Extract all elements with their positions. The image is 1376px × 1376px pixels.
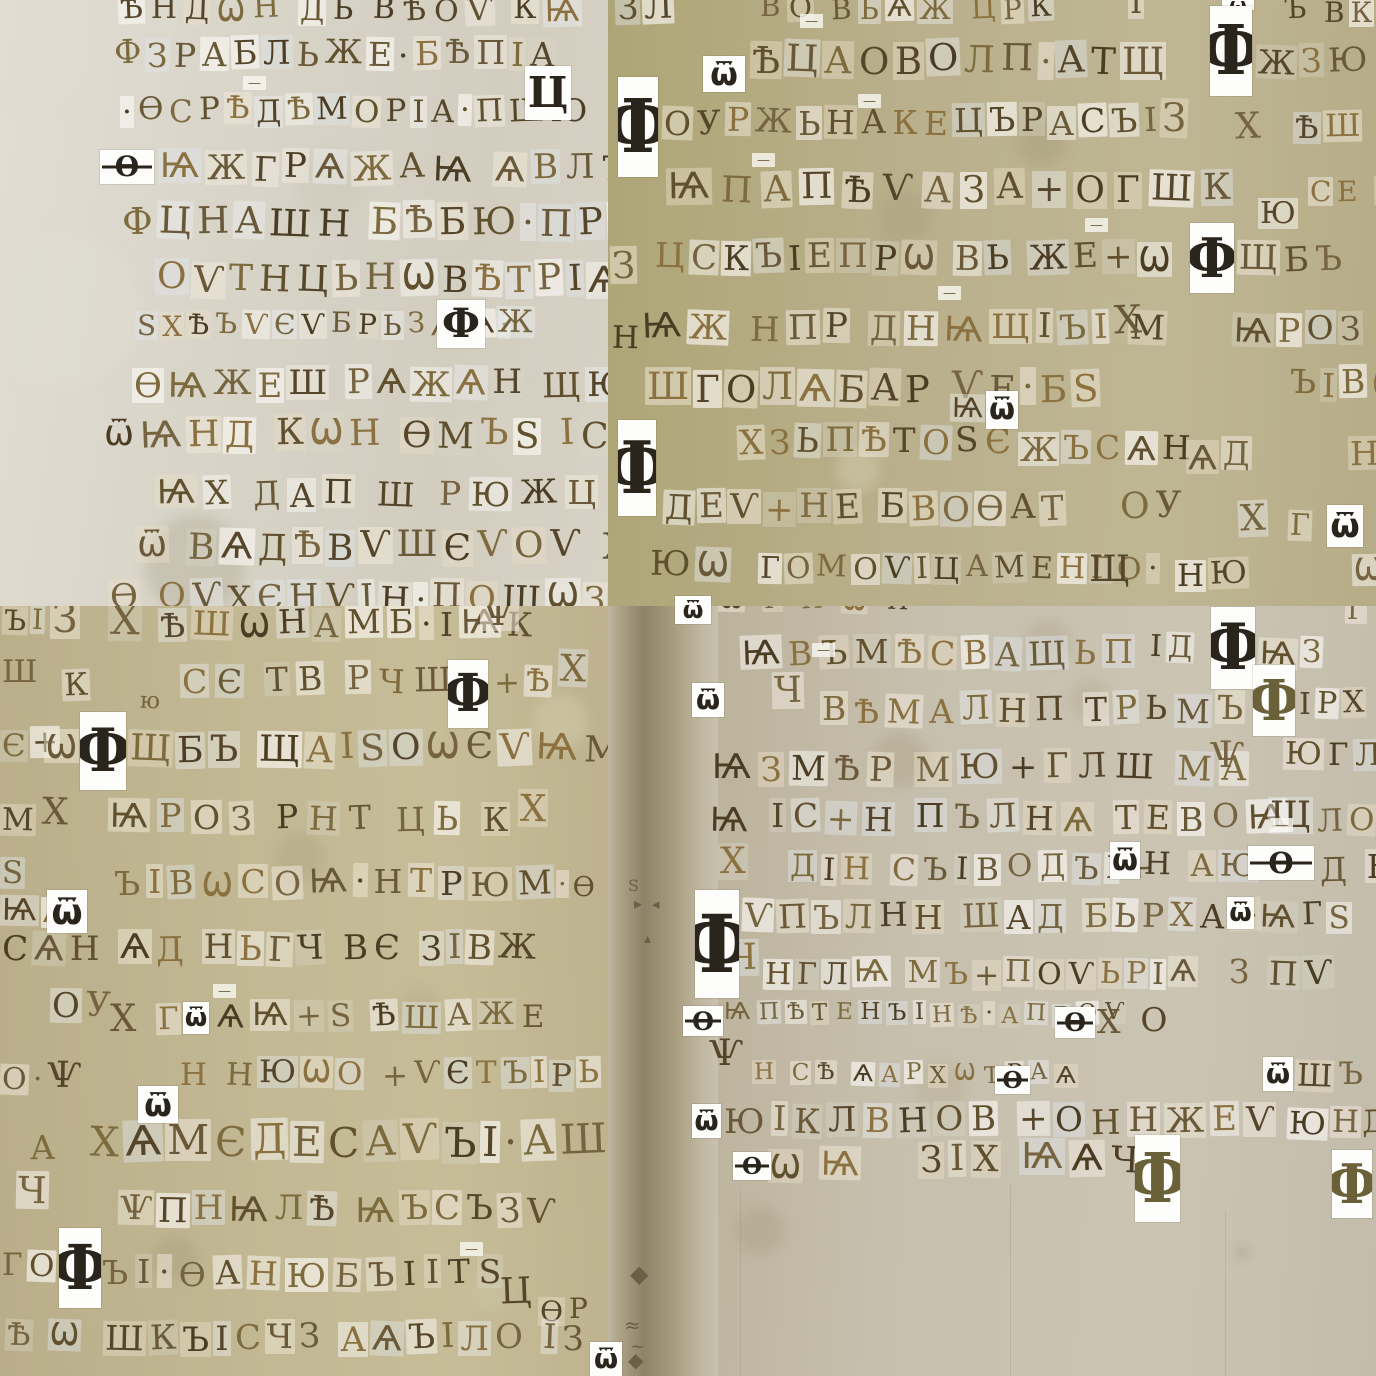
letter-patch: Н [763,959,794,991]
letter-patch: Б [1081,898,1110,933]
letter-patch: Ч [265,1319,295,1354]
letter-patch: З [918,1142,944,1179]
letter-patch: А [1007,489,1037,525]
letter-patch: В [371,0,398,24]
letter-patch: Ю [469,477,513,512]
letter-patch: Ь [858,0,881,24]
manuscript-text-line: ЩБЪЩАІЅОѠЄѴѨМ [128,730,608,767]
letter-patch: Л [760,367,795,405]
letter-patch: Н [929,1003,954,1028]
letter-patch: Ж [599,527,608,566]
letter-patch: Ж [1164,1103,1207,1139]
fita-glyph: Ѳ [1064,1010,1086,1035]
letter-patch: Х [108,606,143,641]
letter-patch: Є [212,1120,249,1163]
manuscript-text-line: НГЛѨМЪ+ПОѴЬРІѦ [763,958,1200,989]
letter-patch: О [1053,1102,1086,1138]
letter-patch: Н [186,416,222,454]
letter-patch: Х [225,581,253,606]
letter-patch: Н [246,1255,280,1290]
letter-patch: І [213,1321,230,1356]
letter-patch: Г [1287,510,1312,542]
letter-patch: Ъ [464,1190,496,1226]
fita-glyph: Ѳ [742,1155,762,1178]
letter-patch: Є [442,530,474,567]
letter-patch: О [1138,1002,1169,1036]
letter-patch: · [1020,367,1036,405]
letter-patch: Ш [374,476,417,512]
letter-patch: Ѵ [464,0,495,27]
manuscript-text-line: ОУ [50,988,114,1023]
letter-patch: О [432,0,461,27]
letter-patch: В [758,0,783,21]
letter-patch: К [147,1319,179,1355]
letter-patch: С [791,797,822,832]
letter-patch: Л [642,0,676,25]
binding-stitch: ▸ [634,896,642,912]
letter-patch: Ш [267,203,315,243]
pasted-fita-overlay: Ѳ [733,1152,771,1180]
manuscript-text-line: ЖЗЮ [1256,44,1371,78]
letter-patch: Ѕ [134,311,158,341]
parchment-stain [0,0,100,110]
letter-patch: М [581,731,608,770]
letter-patch: Д [868,311,900,347]
letter-patch: · [396,38,412,73]
letter-patch: Ѕ [953,421,982,457]
letter-patch: Ѣ [958,1004,980,1028]
letter-patch: Ъ [478,414,511,452]
letter-patch: Ѵ [548,526,583,563]
letter-patch: Д [662,489,695,525]
letter-patch: Ѩ [666,168,712,206]
pasted-ot-overlay: ѿ [1327,505,1363,547]
letter-patch: Ъ [921,853,951,886]
letter-patch: Ш [191,606,234,641]
letter-patch: Ѣ [401,0,429,27]
letter-patch: Л [962,40,998,79]
letter-patch: Г [758,553,782,584]
letter-patch: + [972,960,1001,991]
letter-patch: З [419,931,444,966]
manuscript-text-line: З [50,606,82,640]
letter-patch: К [511,0,538,24]
letter-patch: І [913,1000,927,1024]
letter-patch: З [496,1193,523,1229]
letter-patch: Ѣ [471,259,504,297]
letter-patch: Н [912,900,945,934]
letter-patch: Ѣ [750,41,783,80]
letter-patch: Е [256,368,285,403]
ot-glyph: ѿ [1266,1060,1290,1088]
letter-patch: І [30,606,46,634]
letter-patch: П [799,168,835,206]
titlo-mark-patch: — [800,14,823,28]
letter-patch: Ѧ [1054,1064,1078,1088]
letter-patch: А [445,998,474,1031]
pasted-ot-overlay: ѿ [1227,897,1254,929]
letter-patch: Ѵ [400,1118,440,1161]
parchment-crease [1225,1210,1226,1376]
letter-patch: Н [1089,1105,1123,1141]
titlo-mark-patch: — [213,984,236,998]
letter-patch: І [445,929,463,964]
pasted-ot-overlay: ѿ [703,56,745,92]
manuscript-text-line: ѲОѴХЄНѴІН·ПОШѠЗ [108,580,608,606]
letter-patch: Ѡ [424,728,462,766]
letter-patch: Р [902,370,932,409]
manuscript-text-line: СЕТ [1308,178,1376,207]
letter-patch: Д [253,96,283,129]
letter-patch: О [50,988,83,1024]
letter-patch: Т [1089,41,1119,80]
letter-patch: Ю [585,367,608,402]
manuscript-text-line: Н [1348,438,1376,472]
parchment-stain [1239,1250,1245,1256]
fita-glyph: Ѳ [1268,849,1293,878]
letter-patch: Р [172,38,199,72]
letter-patch: Б [878,488,908,524]
manuscript-text-line: ДН [1318,850,1376,884]
letter-patch: В [167,864,197,899]
manuscript-text-line: ЛОТ [1315,804,1376,836]
letter-patch: Р [344,660,371,694]
letter-patch: Ъ [180,1322,211,1357]
manuscript-text-line: Х [40,790,72,828]
letter-patch: Ѡ [768,1149,803,1184]
letter-patch: + [379,1060,410,1093]
pasted-letter-overlay: Ц [525,66,571,120]
letter-patch: Ѳ [571,873,597,901]
parchment-stain [736,1206,784,1254]
letter-patch: · [1037,42,1054,81]
letter-patch: З [228,801,254,836]
pasted-phi-overlay: Ф [1253,665,1295,736]
letter-patch: І [770,1101,788,1136]
letter-patch: Ѵ [411,1057,442,1089]
letter-patch: Р [762,606,783,612]
letter-patch: + [294,999,325,1032]
letter-patch: Ѧ [214,1000,246,1033]
letter-patch: Н [1348,436,1376,471]
manuscript-text-line: Х [558,648,590,686]
ot-glyph: ѿ [694,1107,718,1135]
letter-patch: І [423,1254,441,1288]
pasted-phi-overlay: Ф [1190,223,1234,293]
letter-patch: В [820,691,848,725]
letter-patch: Б [835,369,868,408]
letter-patch: Ю [470,202,519,241]
letter-patch: Ѩ [108,798,151,833]
letter-patch: Ѵ [241,309,270,339]
phi-glyph: Ф [1332,1157,1372,1211]
letter-patch: · [30,1064,44,1095]
pasted-ot-overlay: ѿ [1110,842,1140,879]
letter-patch: Ѡ [236,608,271,643]
letter-patch: Ѣ [841,171,874,209]
letter-patch: Ѵ [358,527,393,564]
letter-patch: Ѧ [492,151,527,187]
phi-glyph: Ф [1253,673,1295,729]
letter-patch: Ь [381,311,404,340]
phi-glyph: Ф [1135,1145,1180,1213]
letter-patch: Б [436,202,468,241]
letter-patch: Р [1113,690,1141,725]
letter-patch: І [1141,102,1159,137]
letter-patch: А [927,694,957,729]
letter-patch: М [314,93,350,126]
manuscript-text-line: ХО [1095,1003,1171,1037]
ot-glyph: ѿ [710,58,738,90]
letter-patch: Є [255,579,286,606]
phi-glyph: Ф [1190,231,1234,285]
manuscript-text-line: ѦД [1186,438,1254,472]
letter-patch: Ѱ [45,1057,84,1095]
letter-patch: О [1118,488,1152,526]
letter-patch: Ѧ [1124,431,1158,466]
letter-patch: Т [445,1254,472,1289]
letter-patch: Д [1165,631,1195,663]
letter-patch: Т [346,800,373,835]
letter-patch: А [1055,39,1088,78]
letter-patch: Ь [796,106,822,140]
letter-patch: К [1027,0,1054,21]
letter-patch: А [338,1322,368,1357]
letter-patch: Ѩ [533,728,580,767]
letter-patch: Ц [156,200,194,239]
letter-patch: А [1188,850,1215,882]
letter-patch: Ь [983,239,1011,275]
letter-patch: Ж [1018,432,1059,466]
manuscript-text-line: ЩБЪ [1237,242,1346,277]
letter-patch: Ю [1325,41,1370,77]
manuscript-text-line: ОУРЖЬНАКЕЦЪРАСЪІ [662,104,1161,138]
letter-patch: Р [157,798,183,832]
letter-patch: І [337,728,357,766]
manuscript-text-line: ЪІ·ѲАНЮБЪІІТЅ [100,1256,508,1290]
manuscript-text-line: Х [1112,300,1146,340]
letter-patch: З [614,0,641,25]
manuscript-text-line: Ѱ [707,1036,747,1073]
letter-patch: В [1339,364,1368,399]
phi-glyph: Ф [618,432,656,504]
manuscript-text-line: ѿВѦДѢВѴШЄѴОѴЖ [135,528,608,565]
manuscript-text-line: ЪІВѠСОѨ·НТРЮМ [112,865,558,899]
binding-stitch: ◆ [630,1262,648,1286]
letter-patch: Ѕ [1326,902,1351,934]
letter-patch: Т [1083,692,1110,726]
manuscript-text-line: Ч [772,672,806,709]
letter-patch: Л [1314,804,1345,837]
letter-patch: С [578,418,608,456]
ot-glyph: ѿ [594,1345,618,1373]
letter-patch: П [474,35,507,69]
letter-patch: Х [160,312,184,341]
letter-patch: Ѳ [399,417,433,455]
pasted-ot-overlay: ѿ [183,1002,209,1034]
letter-patch: Г [251,152,279,188]
letter-patch: С [1093,429,1124,464]
letter-patch: Ѵ [190,261,226,299]
letter-patch: Ю [257,1056,298,1088]
pasted-fita-overlay: Ѳ [1248,846,1314,880]
letter-patch: С [1308,177,1333,206]
letter-patch: О [1035,959,1064,991]
pasted-fita-overlay: Ѳ [100,150,154,184]
letter-patch: С [432,1190,463,1226]
manuscript-text-line: ШКЪІСЧЗАѦЪІЛОІЗ [103,1320,588,1355]
manuscript-text-line: ШГОЛѦБАРѴЕ·БЅ [645,368,1102,406]
letter-patch: Ш [1113,748,1157,785]
letter-patch: Н [895,1102,930,1138]
letter-patch: Х [718,843,748,880]
letter-patch: Г [1326,739,1351,771]
letter-patch: · [1145,553,1159,584]
letter-patch: Д [298,0,327,26]
letter-patch: О [0,1063,29,1095]
letter-patch: П [823,422,857,457]
pasted-phi-overlay: Ф [1135,1135,1180,1222]
letter-patch: І [821,854,838,887]
letter-patch: Д [250,475,282,510]
manuscript-text-line: З [1160,98,1190,138]
letter-patch: О [851,554,880,585]
manuscript-text-line: +Ѣ [492,665,554,697]
letter-patch: Ж [1255,44,1297,80]
pasted-phi-overlay: Ф [448,660,488,728]
letter-patch: П [718,171,755,209]
letter-patch: К [61,668,90,701]
letter-patch: О [351,95,382,128]
manuscript-text-line: ЖЪСѦН [1018,430,1194,464]
letter-patch: П [785,310,819,346]
letter-patch: Х [518,789,549,828]
letter-patch: Ѧ [122,1119,164,1163]
manuscript-text-line: Х [518,788,550,826]
manuscript-text-line: ЪІВѠС [1288,366,1376,400]
letter-patch: Ѩ [158,148,201,183]
letter-patch: Т [810,1001,830,1026]
letter-patch: А [868,367,901,406]
letter-patch: О [856,42,891,81]
pasted-ot-overlay: ѿ [986,391,1018,429]
manuscript-text-line: ДЕѴ+НЕБВОѲАТ [663,490,1068,525]
manuscript-text-line: Ц [498,1275,535,1312]
letter-patch: Л [563,149,596,185]
letter-patch: Ѳ [177,1257,208,1291]
binding-stitch: ~ [630,1338,645,1356]
letter-patch: Ѩ [739,634,783,670]
letter-glyph: Ц [528,72,569,114]
letter-patch: Є [215,664,245,699]
manuscript-text-line: ю [138,690,164,714]
letter-patch: Т [474,1057,499,1089]
letter-patch: І [1320,368,1338,402]
letter-patch: Ъ [1312,241,1344,277]
letter-patch: Ш [1294,1059,1335,1092]
letter-patch: Н [1023,801,1056,836]
letter-patch: О [1004,849,1035,882]
letter-patch: Н [752,1060,777,1084]
letter-patch: Ѡ [47,1318,81,1351]
letter-patch: Н [1175,560,1206,592]
letter-patch: Ѵ [727,489,760,524]
manuscript-text-line: ЪІ [2,606,47,635]
letter-patch: ѿ [102,415,136,452]
titlo-mark-patch: — [752,153,775,167]
manuscript-text-line: ЦСКЪІЕПРѠВЬЖЕ+Ѡ [653,240,1174,275]
letter-patch: Ш [558,1117,608,1161]
letter-patch: Ѩ [1019,1138,1065,1175]
letter-patch: Ѩ [166,368,210,404]
letter-patch: Ѳ [973,491,1006,527]
letter-patch: О [723,369,759,408]
letter-patch: Ѳ [136,93,166,126]
letter-patch: О [925,37,961,76]
letter-patch: Ч [376,663,407,698]
letter-patch: Ѣ [832,750,863,786]
letter-patch: Н [1365,849,1376,883]
titlo-mark-patch: — [460,1242,483,1256]
letter-patch: Ѣ [1293,112,1321,145]
letter-patch: Ѕ [328,1000,354,1033]
letter-patch: Ъ [441,1122,478,1165]
letter-patch: Ь [330,0,355,25]
letter-patch: М [788,751,827,787]
letter-patch: В [439,262,470,300]
letter-patch: В [1177,802,1205,836]
manuscript-text-line: СѦНѦДНЬГЧВЄЗІВЖ [0,930,540,965]
letter-patch: А [212,1254,242,1289]
letter-patch: Х [87,1120,122,1163]
letter-patch: Н [799,606,826,612]
letter-patch: Ѣ [894,634,924,669]
letter-patch: Т [227,260,256,298]
letter-patch: Г [0,1249,25,1281]
letter-patch: М [0,804,36,837]
manuscript-text-line: ВѢМАЛНПТРЬМЪѴ [820,692,1286,726]
letter-patch: В [325,530,356,568]
manuscript-text-line: ХѦМЄДЕСАѴЪІ·АШЄ [88,1120,608,1162]
letter-patch: Ѩ [306,862,350,898]
letter-patch: А [964,551,991,582]
letter-patch: Ъ [213,309,240,339]
letter-patch: З [297,1318,322,1353]
letter-patch: У [694,104,723,139]
letter-patch: · [520,203,536,241]
letter-patch: Ѧ [369,1320,404,1356]
letter-patch: Ѵ [322,578,357,606]
letter-patch: З [145,38,170,72]
letter-patch: Ь [294,37,322,72]
manuscript-text-line: О· [0,1062,46,1093]
letter-patch: Щ [127,729,173,768]
pasted-phi-overlay: Ф [80,712,126,790]
letter-patch: І [509,37,527,71]
manuscript-text-line: ѨХДАПШРЮЖЦ [155,476,604,510]
titlo-mark-patch: — [1270,818,1293,832]
manuscript-text-line: К [62,668,92,700]
letter-patch: Ъ [112,866,142,900]
manuscript-text-line: ОУ [1118,486,1186,523]
letter-patch: Ж [496,928,540,965]
letter-patch: · [983,1001,994,1025]
letter-patch: Ш [960,897,1003,933]
letter-patch: Х [1340,687,1367,719]
letter-patch: В [829,0,855,24]
letter-patch: У [1154,487,1184,524]
letter-patch: Х [736,424,766,460]
